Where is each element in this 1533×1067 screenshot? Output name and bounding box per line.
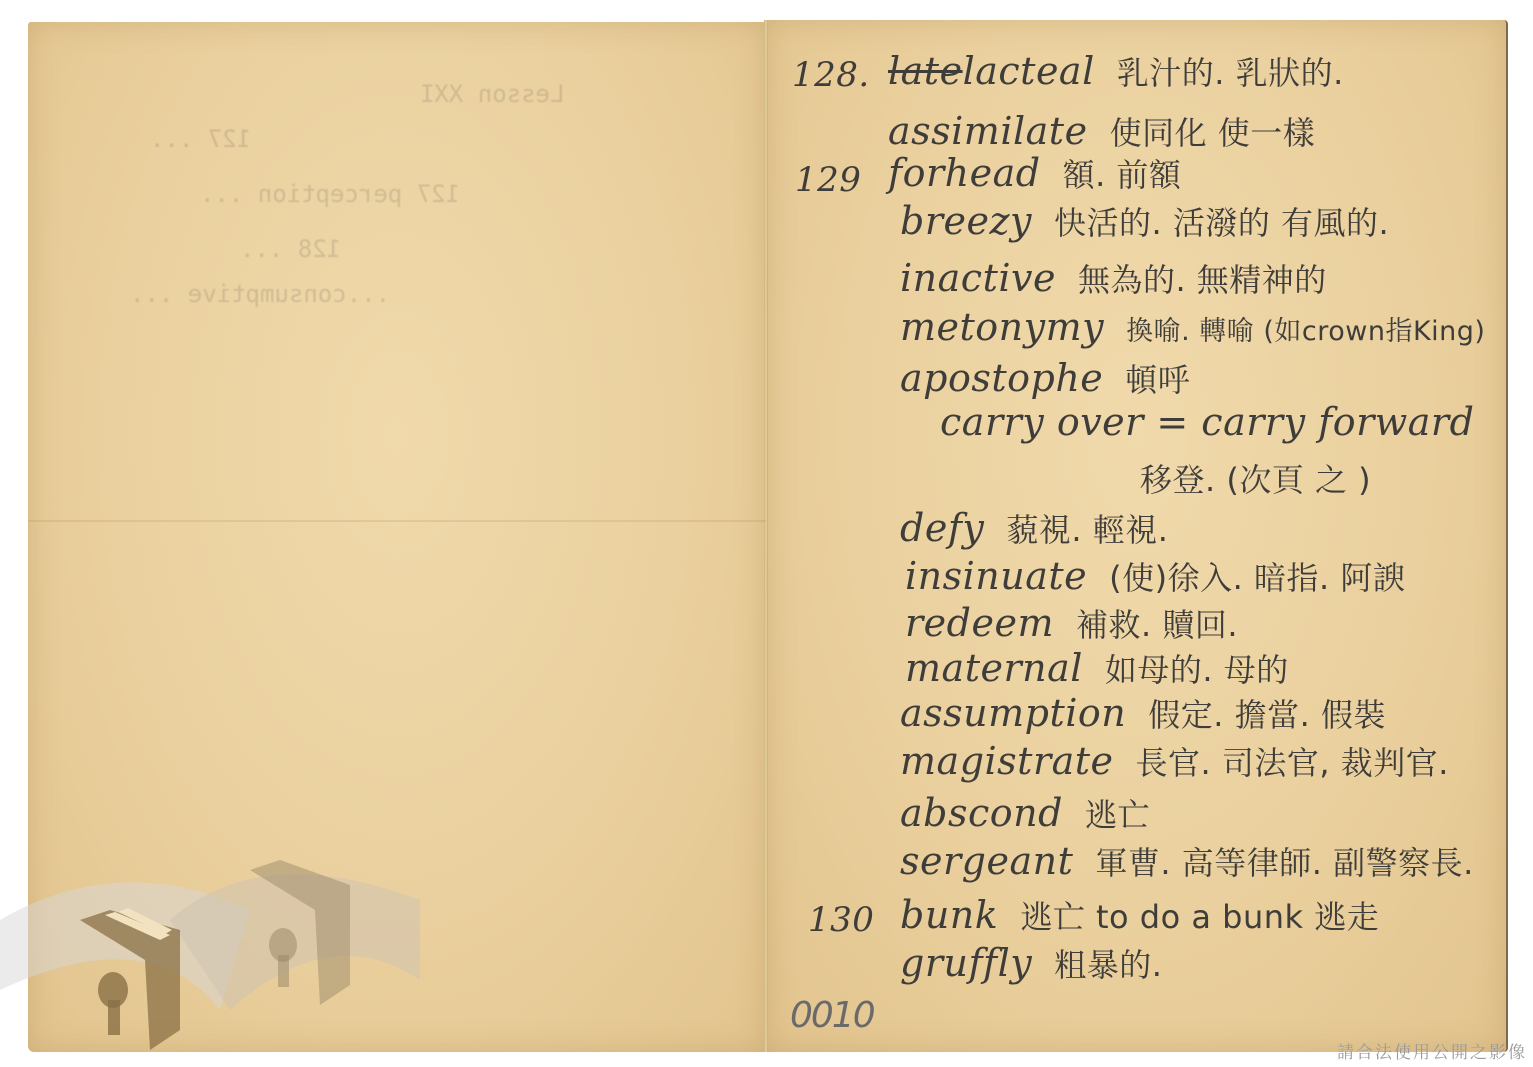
vocab-meaning: 無為的. 無精神的 <box>1078 255 1327 301</box>
vocab-entry: latelacteal 乳汁的. 乳狀的. <box>888 48 1344 94</box>
page-tag: 0010 <box>790 995 874 1036</box>
vocab-word: maternal <box>905 646 1083 690</box>
ghost-text: 128 ... <box>240 235 341 263</box>
vocab-entry: sergeant 軍曹. 高等律師. 副警察長. <box>900 838 1474 884</box>
vocab-entry: apostophe 頓呼 <box>900 355 1190 401</box>
vocab-word: gruffly <box>900 941 1032 985</box>
vocab-word: apostophe <box>900 356 1103 400</box>
entry-number: 130 <box>808 900 874 940</box>
vocab-entry: metonymy 換喻. 轉喻 (如crown指King) <box>900 305 1485 349</box>
entry-number: 129 <box>795 160 861 200</box>
vocab-word: defy <box>900 506 984 550</box>
vocab-entry: defy 藐視. 輕視. <box>900 505 1168 551</box>
vocab-entry: inactive 無為的. 無精神的 <box>900 255 1327 301</box>
vocab-entry: carry over = carry forward <box>940 400 1474 444</box>
vocab-entry: insinuate (使)徐入. 暗指. 阿諛 <box>905 553 1405 599</box>
vocab-meaning: 粗暴的. <box>1054 940 1162 986</box>
ghost-text: 127 ... <box>150 125 251 153</box>
ghost-text: ...consumptive ... <box>130 280 390 308</box>
vocab-word: magistrate <box>900 739 1114 783</box>
vocab-entry: gruffly 粗暴的. <box>900 940 1162 986</box>
vocab-entry: assumption 假定. 擔當. 假裝 <box>900 690 1386 736</box>
vocab-entry: breezy 快活的. 活潑的 有風的. <box>900 198 1389 244</box>
vocab-meaning: 假定. 擔當. 假裝 <box>1148 690 1386 736</box>
vocab-entry: forhead 額. 前額 <box>888 150 1181 196</box>
usage-caption: 請合法使用公開之影像 <box>1337 1038 1527 1063</box>
book-keyhole-logo-icon <box>0 860 420 1020</box>
vocab-meaning: 移登. (次頁 之 ) <box>1140 455 1371 501</box>
vocab-meaning: 逃亡 <box>1085 790 1150 836</box>
vocab-word: assimilate <box>888 109 1088 153</box>
vocab-meaning-continued: 移登. (次頁 之 ) <box>1140 455 1371 501</box>
vocab-word: bunk <box>900 893 998 937</box>
vocab-meaning: 額. 前額 <box>1063 150 1182 196</box>
vocab-meaning: 使同化 使一樣 <box>1110 108 1316 154</box>
vocab-word: lacteal <box>963 49 1095 93</box>
vocab-meaning: 如母的. 母的 <box>1105 645 1289 691</box>
vocab-word: inactive <box>900 256 1056 300</box>
vocab-meaning: 乳汁的. 乳狀的. <box>1117 48 1344 94</box>
vocab-meaning: 長官. 司法官, 裁判官. <box>1136 738 1449 784</box>
vocab-entry: maternal 如母的. 母的 <box>905 645 1289 691</box>
struck-word: late <box>888 49 963 93</box>
vocab-word: redeem <box>905 601 1054 645</box>
vocab-meaning: (使)徐入. 暗指. 阿諛 <box>1109 553 1405 599</box>
vocab-meaning: 換喻. 轉喻 (如crown指King) <box>1126 309 1485 348</box>
vocab-word: forhead <box>888 151 1041 195</box>
vocab-word: breezy <box>900 199 1032 243</box>
vocab-phrase: carry over = carry forward <box>940 400 1474 444</box>
vocab-entry: redeem 補救. 贖回. <box>905 600 1238 646</box>
page-fold <box>764 20 768 1052</box>
vocab-word: sergeant <box>900 839 1073 883</box>
vocab-meaning: 快活的. 活潑的 有風的. <box>1054 198 1389 244</box>
vocab-entry: bunk 逃亡 to do a bunk 逃走 <box>900 892 1379 938</box>
vocab-word: metonymy <box>900 305 1104 349</box>
vocab-meaning: 頓呼 <box>1125 355 1190 401</box>
vocab-meaning: 補救. 贖回. <box>1076 600 1238 646</box>
entry-number: 128. <box>792 55 870 95</box>
vocab-meaning: 逃亡 to do a bunk 逃走 <box>1020 892 1379 938</box>
paper-crease <box>28 520 766 522</box>
vocab-word: insinuate <box>905 554 1087 598</box>
vocab-entry: magistrate 長官. 司法官, 裁判官. <box>900 738 1449 784</box>
vocab-entry: assimilate 使同化 使一樣 <box>888 108 1315 154</box>
ghost-text: Lesson XXI <box>420 80 565 108</box>
vocab-entry: abscond 逃亡 <box>900 790 1150 836</box>
vocab-meaning: 軍曹. 高等律師. 副警察長. <box>1095 838 1473 884</box>
ghost-text: 127 perception ... <box>200 180 460 208</box>
vocab-word: abscond <box>900 791 1063 835</box>
vocab-meaning: 藐視. 輕視. <box>1006 505 1168 551</box>
vocab-word: assumption <box>900 691 1126 735</box>
scanned-document: Lesson XXI 127 ... 127 perception ... 12… <box>0 0 1533 1067</box>
